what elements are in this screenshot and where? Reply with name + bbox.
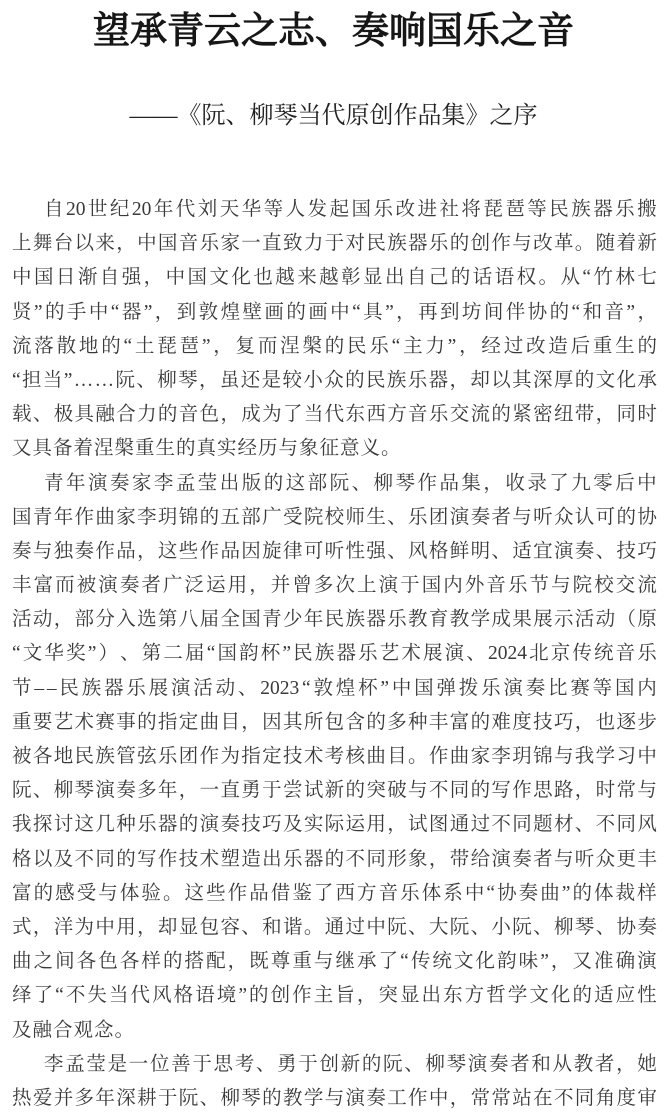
text-line: 又具备着涅槃重生的真实经历与象征意义。	[12, 432, 657, 466]
text-line: 格以及不同的写作技术塑造出乐器的不同形象，带给演奏者与听众更丰	[12, 843, 657, 877]
text-line: “担当”……阮、柳琴，虽还是较小众的民族乐器，却以其深厚的文化承	[12, 364, 657, 398]
body-text: 自20世纪20年代刘天华等人发起国乐改进社将琵琶等民族器乐搬上舞台以来，中国音乐…	[12, 193, 657, 1116]
text-line: 青年演奏家李孟莹出版的这部阮、柳琴作品集，收录了九零后中	[12, 467, 657, 501]
paragraph: 青年演奏家李孟莹出版的这部阮、柳琴作品集，收录了九零后中国青年作曲家李玥锦的五部…	[12, 467, 657, 1048]
text-line: “文华奖”）、第二届“国韵杯”民族器乐艺术展演、2024北京传统音乐	[12, 637, 657, 671]
text-line: 富的感受与体验。这些作品借鉴了西方音乐体系中“协奏曲”的体裁样	[12, 877, 657, 911]
paragraph: 李孟莹是一位善于思考、勇于创新的阮、柳琴演奏者和从教者，她热爱并多年深耕于阮、柳…	[12, 1048, 657, 1116]
text-line: 国青年作曲家李玥锦的五部广受院校师生、乐团演奏者与听众认可的协	[12, 501, 657, 535]
text-line: 贤”的手中“器”，到敦煌壁画的画中“具”，再到坊间伴协的“和音”，	[12, 296, 657, 330]
text-line: 及融合观念。	[12, 1014, 657, 1048]
text-line: 中国日渐自强，中国文化也越来越彰显出自己的话语权。从“竹林七	[12, 261, 657, 295]
text-line: 式，洋为中用，却显包容、和谐。通过中阮、大阮、小阮、柳琴、协奏	[12, 911, 657, 945]
text-line: 李孟莹是一位善于思考、勇于创新的阮、柳琴演奏者和从教者，她	[12, 1048, 657, 1082]
text-line: 节––民族器乐展演活动、2023“敦煌杯”中国弹拨乐演奏比赛等国内	[12, 672, 657, 706]
paragraph: 自20世纪20年代刘天华等人发起国乐改进社将琵琶等民族器乐搬上舞台以来，中国音乐…	[12, 193, 657, 467]
text-line: 自20世纪20年代刘天华等人发起国乐改进社将琵琶等民族器乐搬	[12, 193, 657, 227]
text-line: 流落散地的“土琵琶”，复而涅槃的民乐“主力”，经过改造后重生的	[12, 330, 657, 364]
text-line: 重要艺术赛事的指定曲目，因其所包含的多种丰富的难度技巧，也逐步	[12, 706, 657, 740]
text-line: 奏与独奏作品，这些作品因旋律可听性强、风格鲜明、适宜演奏、技巧	[12, 535, 657, 569]
text-line: 被各地民族管弦乐团作为指定技术考核曲目。作曲家李玥锦与我学习中	[12, 740, 657, 774]
text-line: 绎了“不失当代风格语境”的创作主旨，突显出东方哲学文化的适应性	[12, 979, 657, 1013]
document-page: 望承青云之志、奏响国乐之音 ——《阮、柳琴当代原创作品集》之序 自20世纪20年…	[0, 0, 667, 1119]
page-subtitle: ——《阮、柳琴当代原创作品集》之序	[0, 99, 667, 133]
text-line: 阮、柳琴演奏多年，一直勇于尝试新的突破与不同的写作思路，时常与	[12, 774, 657, 808]
text-line: 活动，部分入选第八届全国青少年民族器乐教育教学成果展示活动（原	[12, 603, 657, 637]
text-line: 曲之间各色各样的搭配，既尊重与继承了“传统文化韵味”，又准确演	[12, 945, 657, 979]
text-line: 丰富而被演奏者广泛运用，并曾多次上演于国内外音乐节与院校交流	[12, 569, 657, 603]
page-title: 望承青云之志、奏响国乐之音	[0, 11, 667, 51]
text-line: 我探讨这几种乐器的演奏技巧及实际运用，试图通过不同题材、不同风	[12, 808, 657, 842]
text-line: 热爱并多年深耕于阮、柳琴的教学与演奏工作中，常常站在不同角度审	[12, 1082, 657, 1116]
text-line: 上舞台以来，中国音乐家一直致力于对民族器乐的创作与改革。随着新	[12, 227, 657, 261]
text-line: 载、极具融合力的音色，成为了当代东西方音乐交流的紧密纽带，同时	[12, 398, 657, 432]
